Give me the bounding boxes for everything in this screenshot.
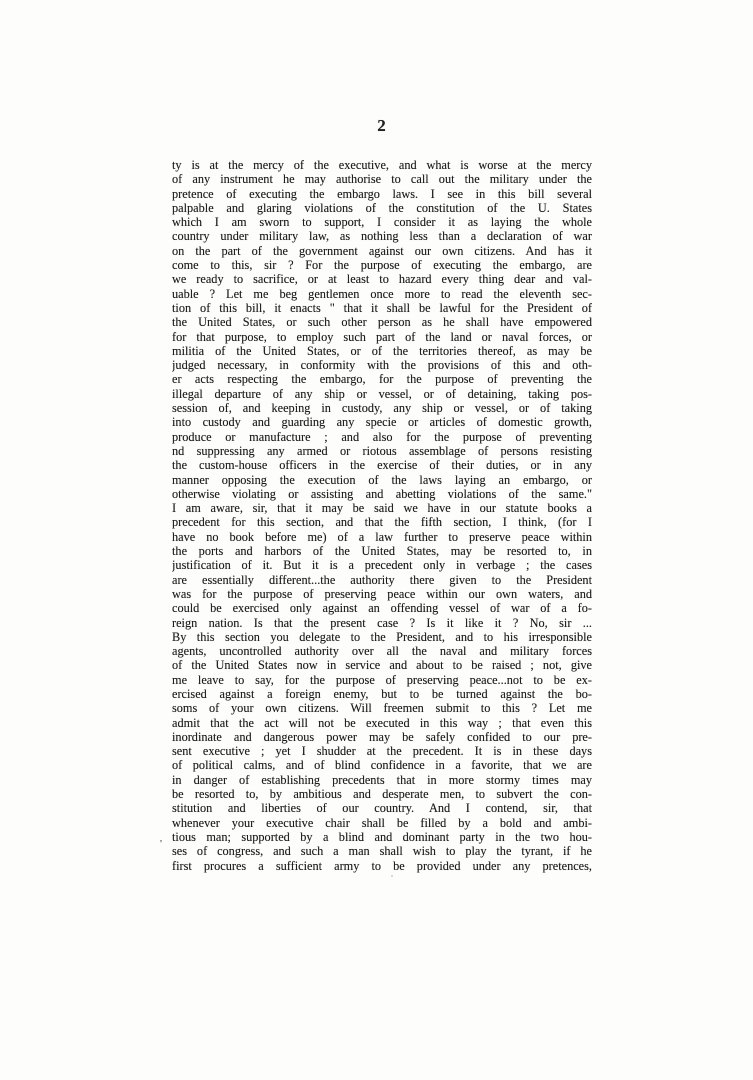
text-line: tious man; supported by a blind and domi…	[172, 830, 592, 844]
margin-ink-mark: '	[160, 838, 162, 850]
text-line: ercised against a foreign enemy, but to …	[172, 687, 592, 701]
text-line: was for the purpose of preserving peace …	[172, 587, 592, 601]
text-line: of any instrument he may authorise to ca…	[172, 172, 592, 186]
text-line: judged necessary, in conformity with the…	[172, 358, 592, 372]
body-text-block: ty is at the mercy of the executive, and…	[172, 158, 592, 873]
text-line: militia of the United States, or of the …	[172, 344, 592, 358]
text-line: uable ? Let me beg gentlemen once more t…	[172, 287, 592, 301]
text-line: we ready to sacrifice, or at least to ha…	[172, 272, 592, 286]
text-line: could be exercised only against an offen…	[172, 601, 592, 615]
text-line: er acts respecting the embargo, for the …	[172, 372, 592, 386]
text-line: session of, and keeping in custody, any …	[172, 401, 592, 415]
text-line: admit that the act will not be executed …	[172, 716, 592, 730]
text-line: reign nation. Is that the present case ?…	[172, 616, 592, 630]
text-line: illegal departure of any ship or vessel,…	[172, 387, 592, 401]
text-line: in danger of establishing precedents tha…	[172, 773, 592, 787]
text-line: palpable and glaring violations of the c…	[172, 201, 592, 215]
text-line: sent executive ; yet I shudder at the pr…	[172, 744, 592, 758]
text-line: ty is at the mercy of the executive, and…	[172, 158, 592, 172]
text-line: of the United States now in service and …	[172, 658, 592, 672]
text-line: soms of your own citizens. Will freemen …	[172, 701, 592, 715]
scanned-document-page: 2 ' ty is at the mercy of the executive,…	[0, 0, 753, 1080]
text-line: the United States, or such other person …	[172, 315, 592, 329]
text-line: manner opposing the execution of the law…	[172, 473, 592, 487]
text-line: come to this, sir ? For the purpose of e…	[172, 258, 592, 272]
text-line: stitution and liberties of our country. …	[172, 801, 592, 815]
text-line: ses of congress, and such a man shall wi…	[172, 844, 592, 858]
text-line: on the part of the government against ou…	[172, 244, 592, 258]
text-line: which I am sworn to support, I consider …	[172, 215, 592, 229]
text-line: have no book before me) of a law further…	[172, 530, 592, 544]
text-line: inordinate and dangerous power may be sa…	[172, 730, 592, 744]
text-line: produce or manufacture ; and also for th…	[172, 430, 592, 444]
text-line: first procures a sufficient army to be p…	[172, 859, 592, 873]
text-line: are essentially different...the authorit…	[172, 573, 592, 587]
text-line: into custody and guarding any specie or …	[172, 415, 592, 429]
text-line: me leave to say, for the purpose of pres…	[172, 673, 592, 687]
text-line: the ports and harbors of the United Stat…	[172, 544, 592, 558]
text-line: of political calms, and of blind confide…	[172, 758, 592, 772]
text-line: justification of it. But it is a precede…	[172, 558, 592, 572]
text-line: country under military law, as nothing l…	[172, 229, 592, 243]
text-line: otherwise violating or assisting and abe…	[172, 487, 592, 501]
text-line: be resorted to, by ambitious and despera…	[172, 787, 592, 801]
text-line: nd suppressing any armed or riotous asse…	[172, 444, 592, 458]
page-number: 2	[172, 116, 592, 136]
scan-speck	[391, 875, 393, 877]
text-line: tion of this bill, it enacts " that it s…	[172, 301, 592, 315]
text-line: agents, uncontrolled authority over all …	[172, 644, 592, 658]
text-line: for that purpose, to employ such part of…	[172, 330, 592, 344]
text-line: I am aware, sir, that it may be said we …	[172, 501, 592, 515]
text-line: By this section you delegate to the Pres…	[172, 630, 592, 644]
text-line: whenever your executive chair shall be f…	[172, 816, 592, 830]
text-line: the custom-house officers in the exercis…	[172, 458, 592, 472]
text-line: precedent for this section, and that the…	[172, 515, 592, 529]
text-line: pretence of executing the embargo laws. …	[172, 187, 592, 201]
